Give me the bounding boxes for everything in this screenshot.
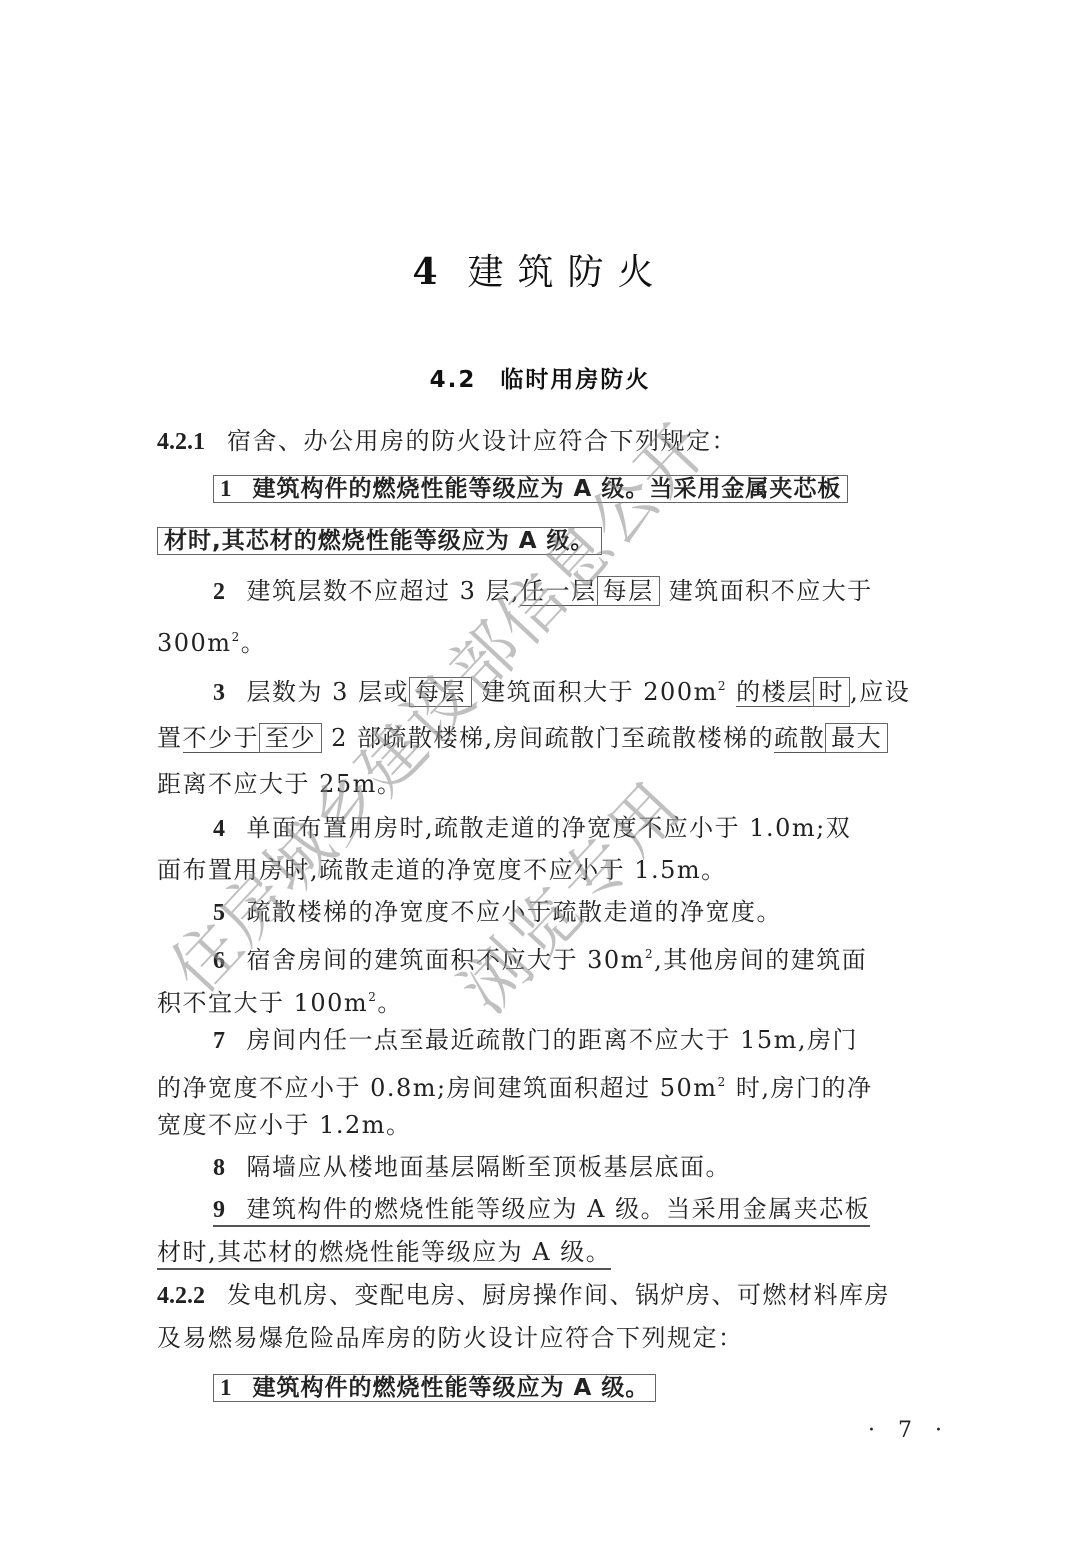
deleted-text: 的楼层: [736, 678, 813, 707]
item-9-line-2: 材时,其芯材的燃烧性能等级应为 A 级。: [157, 1236, 611, 1268]
inserted-box: 1建筑构件的燃烧性能等级应为 A 级。: [213, 1374, 656, 1402]
clause-4-2-2-line-1: 4.2.2发电机房、变配电房、厨房操作间、锅炉房、可燃材料库房: [157, 1279, 890, 1312]
item-8-line-1: 8隔墙应从楼地面基层隔断至顶板基层底面。: [213, 1151, 731, 1184]
item-2-line-2: 300m2。: [157, 621, 266, 659]
deleted-text: 不少于: [183, 724, 260, 753]
item-4-line-1: 4单面布置用房时,疏散走道的净宽度不应小于 1.0m;双: [213, 812, 851, 845]
inserted-text: 时: [813, 677, 851, 707]
watermark-line-2: 浏览专用: [435, 754, 701, 1029]
deleted-text: 任一层: [520, 577, 597, 606]
item-3-line-3: 距离不应大于 25m。: [157, 768, 402, 800]
item-7-line-2: 的净宽度不应小于 0.8m;房间建筑面积超过 50m2 时,房门的净: [157, 1066, 872, 1104]
section-title-text: 临时用房防火: [500, 367, 650, 393]
inserted-text: 最大: [825, 723, 888, 753]
clause-number: 4.2.2: [157, 1283, 205, 1309]
item-7-line-3: 宽度不应小于 1.2m。: [157, 1109, 412, 1141]
item-9-line-1: 9建筑构件的燃烧性能等级应为 A 级。当采用金属夹芯板: [213, 1193, 870, 1226]
item-4-line-2: 面布置用房时,疏散走道的净宽度不应小于 1.5m。: [157, 854, 727, 886]
chapter-title: 4建筑防火: [0, 244, 1080, 295]
clause-4-2-2-line-2: 及易燃易爆危险品库房的防火设计应符合下列规定：: [157, 1322, 744, 1354]
item-6-line-1: 6宿舍房间的建筑面积不应大于 30m2,其他房间的建筑面: [213, 938, 867, 977]
item-5-line-1: 5疏散楼梯的净宽度不应小于疏散走道的净宽度。: [213, 896, 782, 929]
inserted-box: 1建筑构件的燃烧性能等级应为 A 级。当采用金属夹芯板: [213, 475, 848, 503]
item-2-line-1: 2建筑层数不应超过 3 层,任一层每层 建筑面积不应大于: [213, 575, 873, 608]
inserted-text: 每层: [597, 576, 660, 606]
deleted-text: 9建筑构件的燃烧性能等级应为 A 级。当采用金属夹芯板: [213, 1195, 870, 1227]
page-number: · 7 ·: [868, 1418, 950, 1443]
section-title: 4.2临时用房防火: [0, 361, 1080, 394]
document-page: 4建筑防火 4.2临时用房防火 4.2.1宿舍、办公用房的防火设计应符合下列规定…: [0, 0, 1080, 1567]
item-7-line-1: 7房间内任一点至最近疏散门的距离不应大于 15m,房门: [213, 1024, 858, 1057]
inserted-box: 材时,其芯材的燃烧性能等级应为 A 级。: [157, 527, 602, 555]
item-3-line-1: 3层数为 3 层或每层 建筑面积大于 200m2 的楼层时,应设: [213, 670, 910, 709]
item-3-line-2: 置不少于至少 2 部疏散楼梯,房间疏散门至疏散楼梯的疏散最大: [157, 722, 888, 754]
deleted-text: 材时,其芯材的燃烧性能等级应为 A 级。: [157, 1238, 611, 1270]
chapter-number: 4: [412, 251, 437, 293]
inserted-text: 每层: [409, 677, 472, 707]
item-1-line-1: 1建筑构件的燃烧性能等级应为 A 级。当采用金属夹芯板: [213, 472, 848, 505]
item-6-line-2: 积不宜大于 100m2。: [157, 981, 403, 1019]
clause-4-2-2-item-1: 1建筑构件的燃烧性能等级应为 A 级。: [213, 1371, 656, 1404]
clause-text: 宿舍、办公用房的防火设计应符合下列规定：: [227, 427, 737, 455]
chapter-title-text: 建筑防火: [468, 252, 668, 293]
inserted-text: 至少: [259, 723, 322, 753]
clause-number: 4.2.1: [157, 429, 205, 455]
section-number: 4.2: [430, 367, 477, 393]
clause-4-2-1: 4.2.1宿舍、办公用房的防火设计应符合下列规定：: [157, 425, 737, 458]
deleted-text: 疏散: [774, 724, 825, 753]
item-1-line-2: 材时,其芯材的燃烧性能等级应为 A 级。: [157, 524, 602, 557]
